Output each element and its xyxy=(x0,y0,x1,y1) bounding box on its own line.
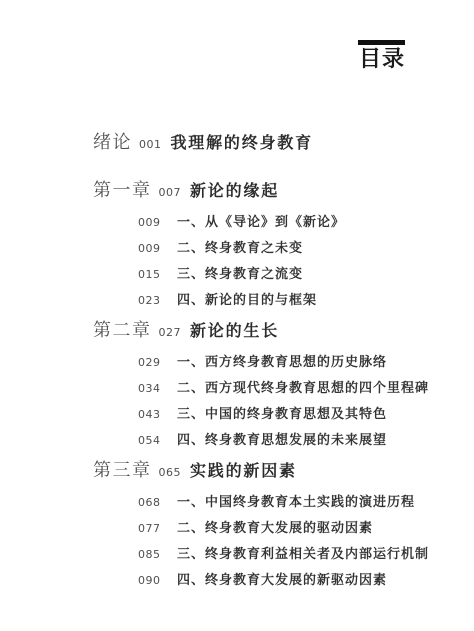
chapter-label: 第二章 xyxy=(93,316,152,342)
item-page-number: 043 xyxy=(138,408,159,421)
chapter-row: 第一章 007 新论的缘起 xyxy=(93,176,345,202)
chapter-label: 第一章 xyxy=(93,176,152,202)
chapter-label: 绪论 xyxy=(93,128,132,154)
item-title: 四、终身教育大发展的新驱动因素 xyxy=(177,569,387,588)
chapter-title: 实践的新因素 xyxy=(190,458,297,481)
page-title: 目录 xyxy=(358,48,405,72)
chapter-page-number: 027 xyxy=(159,326,182,339)
chapter-label: 第三章 xyxy=(93,456,152,482)
item-page-number: 009 xyxy=(138,216,159,229)
chapter-row: 第三章 065 实践的新因素 xyxy=(93,456,429,482)
item-title: 二、终身教育之未变 xyxy=(177,237,303,256)
toc-item: 009 一、从《导论》到《新论》 xyxy=(138,211,345,237)
toc-item: 029 一、西方终身教育思想的历史脉络 xyxy=(138,351,429,377)
item-page-number: 068 xyxy=(138,496,159,509)
item-page-number: 015 xyxy=(138,268,159,281)
chapter-page-number: 065 xyxy=(159,466,182,479)
item-page-number: 009 xyxy=(138,242,159,255)
toc-section-chapter-1: 第一章 007 新论的缘起 009 一、从《导论》到《新论》 009 二、终身教… xyxy=(93,176,345,315)
toc-item: 090 四、终身教育大发展的新驱动因素 xyxy=(138,569,429,595)
item-title: 三、终身教育之流变 xyxy=(177,263,303,282)
item-page-number: 085 xyxy=(138,548,159,561)
item-title: 四、终身教育思想发展的未来展望 xyxy=(177,429,387,448)
item-title: 三、终身教育利益相关者及内部运行机制 xyxy=(177,543,429,562)
toc-item: 043 三、中国的终身教育思想及其特色 xyxy=(138,403,429,429)
item-title: 四、新论的目的与框架 xyxy=(177,289,317,308)
chapter-title: 我理解的终身教育 xyxy=(171,130,313,153)
chapter-page-number: 007 xyxy=(159,186,182,199)
chapter-row: 第二章 027 新论的生长 xyxy=(93,316,429,342)
chapter-items: 068 一、中国终身教育本土实践的演进历程 077 二、终身教育大发展的驱动因素… xyxy=(93,491,429,595)
toc-item: 015 三、终身教育之流变 xyxy=(138,263,345,289)
toc-item: 034 二、西方现代终身教育思想的四个里程碑 xyxy=(138,377,429,403)
title-rule-bar xyxy=(358,40,405,45)
item-page-number: 023 xyxy=(138,294,159,307)
toc-item: 085 三、终身教育利益相关者及内部运行机制 xyxy=(138,543,429,569)
toc-header: 目录 xyxy=(358,40,405,72)
toc-item: 023 四、新论的目的与框架 xyxy=(138,289,345,315)
toc-section-chapter-2: 第二章 027 新论的生长 029 一、西方终身教育思想的历史脉络 034 二、… xyxy=(93,316,429,455)
toc-section-chapter-3: 第三章 065 实践的新因素 068 一、中国终身教育本土实践的演进历程 077… xyxy=(93,456,429,595)
item-page-number: 054 xyxy=(138,434,159,447)
item-title: 二、西方现代终身教育思想的四个里程碑 xyxy=(177,377,429,396)
item-title: 一、西方终身教育思想的历史脉络 xyxy=(177,351,387,370)
toc-item: 009 二、终身教育之未变 xyxy=(138,237,345,263)
toc-item: 068 一、中国终身教育本土实践的演进历程 xyxy=(138,491,429,517)
chapter-items: 009 一、从《导论》到《新论》 009 二、终身教育之未变 015 三、终身教… xyxy=(93,211,345,315)
toc-item: 054 四、终身教育思想发展的未来展望 xyxy=(138,429,429,455)
chapter-items: 029 一、西方终身教育思想的历史脉络 034 二、西方现代终身教育思想的四个里… xyxy=(93,351,429,455)
item-page-number: 034 xyxy=(138,382,159,395)
toc-page: 目录 绪论 001 我理解的终身教育 第一章 007 新论的缘起 009 一、从… xyxy=(0,0,474,631)
item-page-number: 090 xyxy=(138,574,159,587)
item-title: 二、终身教育大发展的驱动因素 xyxy=(177,517,373,536)
toc-item: 077 二、终身教育大发展的驱动因素 xyxy=(138,517,429,543)
item-title: 一、从《导论》到《新论》 xyxy=(177,211,345,230)
chapter-page-number: 001 xyxy=(139,138,162,151)
item-title: 一、中国终身教育本土实践的演进历程 xyxy=(177,491,415,510)
chapter-title: 新论的缘起 xyxy=(190,178,279,201)
item-page-number: 077 xyxy=(138,522,159,535)
item-title: 三、中国的终身教育思想及其特色 xyxy=(177,403,387,422)
toc-entry-intro: 绪论 001 我理解的终身教育 xyxy=(93,128,313,154)
chapter-title: 新论的生长 xyxy=(190,318,279,341)
item-page-number: 029 xyxy=(138,356,159,369)
chapter-row: 绪论 001 我理解的终身教育 xyxy=(93,128,313,154)
